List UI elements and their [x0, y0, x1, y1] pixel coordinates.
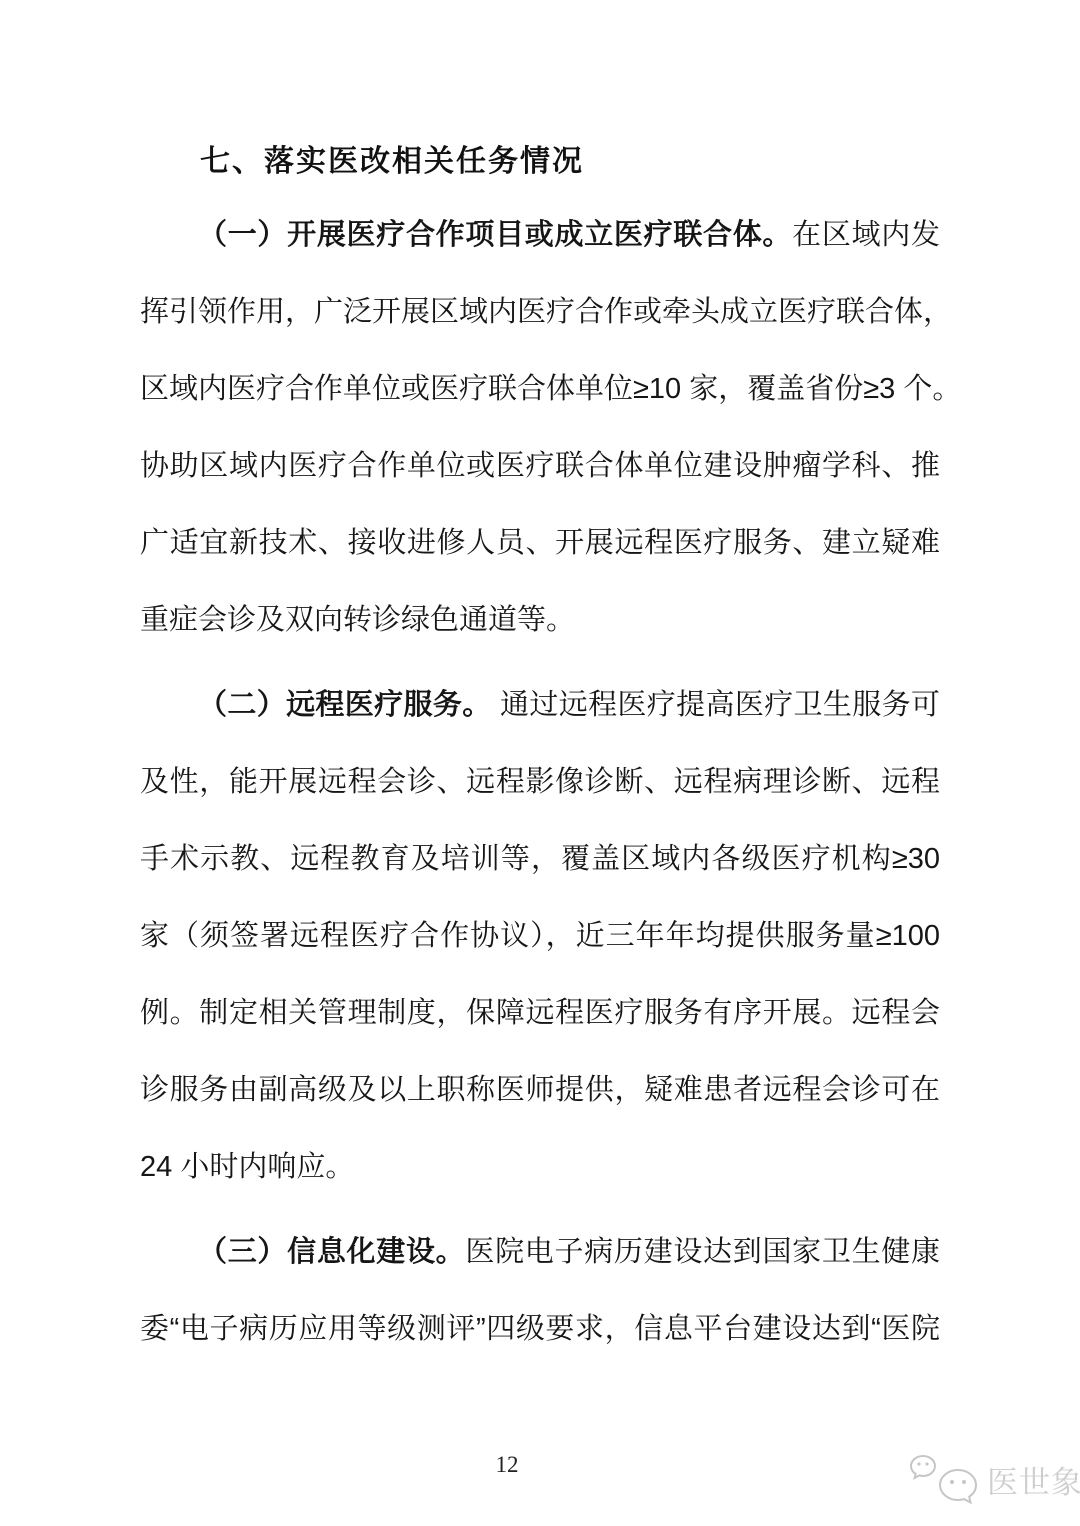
section-heading: 七、落实医改相关任务情况	[140, 127, 940, 197]
text-line: （一）开展医疗合作项目或成立医疗联合体。在区域内发	[140, 197, 940, 274]
document-body: 七、落实医改相关任务情况 （一）开展医疗合作项目或成立医疗联合体。在区域内发 挥…	[140, 127, 940, 1368]
paragraph-1-lead: （一）开展医疗合作项目或成立医疗联合体。	[198, 219, 792, 251]
watermark-label: 医世象	[987, 1455, 1080, 1511]
text-line: （二）远程医疗服务。 通过远程医疗提高医疗卫生服务可	[140, 667, 940, 744]
text-line: 协助区域内医疗合作单位或医疗联合体单位建设肿瘤学科、推	[140, 428, 940, 505]
page-number: 12	[0, 1452, 1014, 1478]
paragraph-2: （二）远程医疗服务。 通过远程医疗提高医疗卫生服务可 及性，能开展远程会诊、远程…	[140, 667, 940, 1206]
paragraph-3-line-1: 医院电子病历建设达到国家卫生健康	[465, 1236, 940, 1268]
paragraph-3: （三）信息化建设。医院电子病历建设达到国家卫生健康 委“电子病历应用等级测评”四…	[140, 1214, 940, 1368]
text-line: （三）信息化建设。医院电子病历建设达到国家卫生健康	[140, 1214, 940, 1291]
paragraph-1-line-1: 在区域内发	[792, 219, 940, 251]
text-line: 委“电子病历应用等级测评”四级要求，信息平台建设达到“医院	[140, 1291, 940, 1368]
text-line: 例。制定相关管理制度，保障远程医疗服务有序开展。远程会	[140, 975, 940, 1052]
text-line: 手术示教、远程教育及培训等，覆盖区域内各级医疗机构≥30	[140, 821, 940, 898]
text-line: 区域内医疗合作单位或医疗联合体单位≥10 家，覆盖省份≥3 个。	[140, 351, 940, 428]
wechat-bubbles-icon	[910, 1452, 982, 1513]
text-line: 24 小时内响应。	[140, 1129, 940, 1206]
watermark: 医世象	[910, 1452, 1080, 1513]
text-line: 及性，能开展远程会诊、远程影像诊断、远程病理诊断、远程	[140, 744, 940, 821]
text-line: 家（须签署远程医疗合作协议），近三年年均提供服务量≥100	[140, 898, 940, 975]
paragraph-2-line-1: 通过远程医疗提高医疗卫生服务可	[492, 689, 940, 721]
paragraph-2-lead: （二）远程医疗服务。	[198, 689, 492, 721]
text-line: 重症会诊及双向转诊绿色通道等。	[140, 582, 940, 659]
paragraph-1: （一）开展医疗合作项目或成立医疗联合体。在区域内发 挥引领作用，广泛开展区域内医…	[140, 197, 940, 659]
paragraph-3-lead: （三）信息化建设。	[198, 1236, 465, 1268]
text-line: 挥引领作用，广泛开展区域内医疗合作或牵头成立医疗联合体，	[140, 274, 940, 351]
document-page: 七、落实医改相关任务情况 （一）开展医疗合作项目或成立医疗联合体。在区域内发 挥…	[0, 0, 1080, 1526]
text-line: 诊服务由副高级及以上职称医师提供，疑难患者远程会诊可在	[140, 1052, 940, 1129]
text-line: 广适宜新技术、接收进修人员、开展远程医疗服务、建立疑难	[140, 505, 940, 582]
